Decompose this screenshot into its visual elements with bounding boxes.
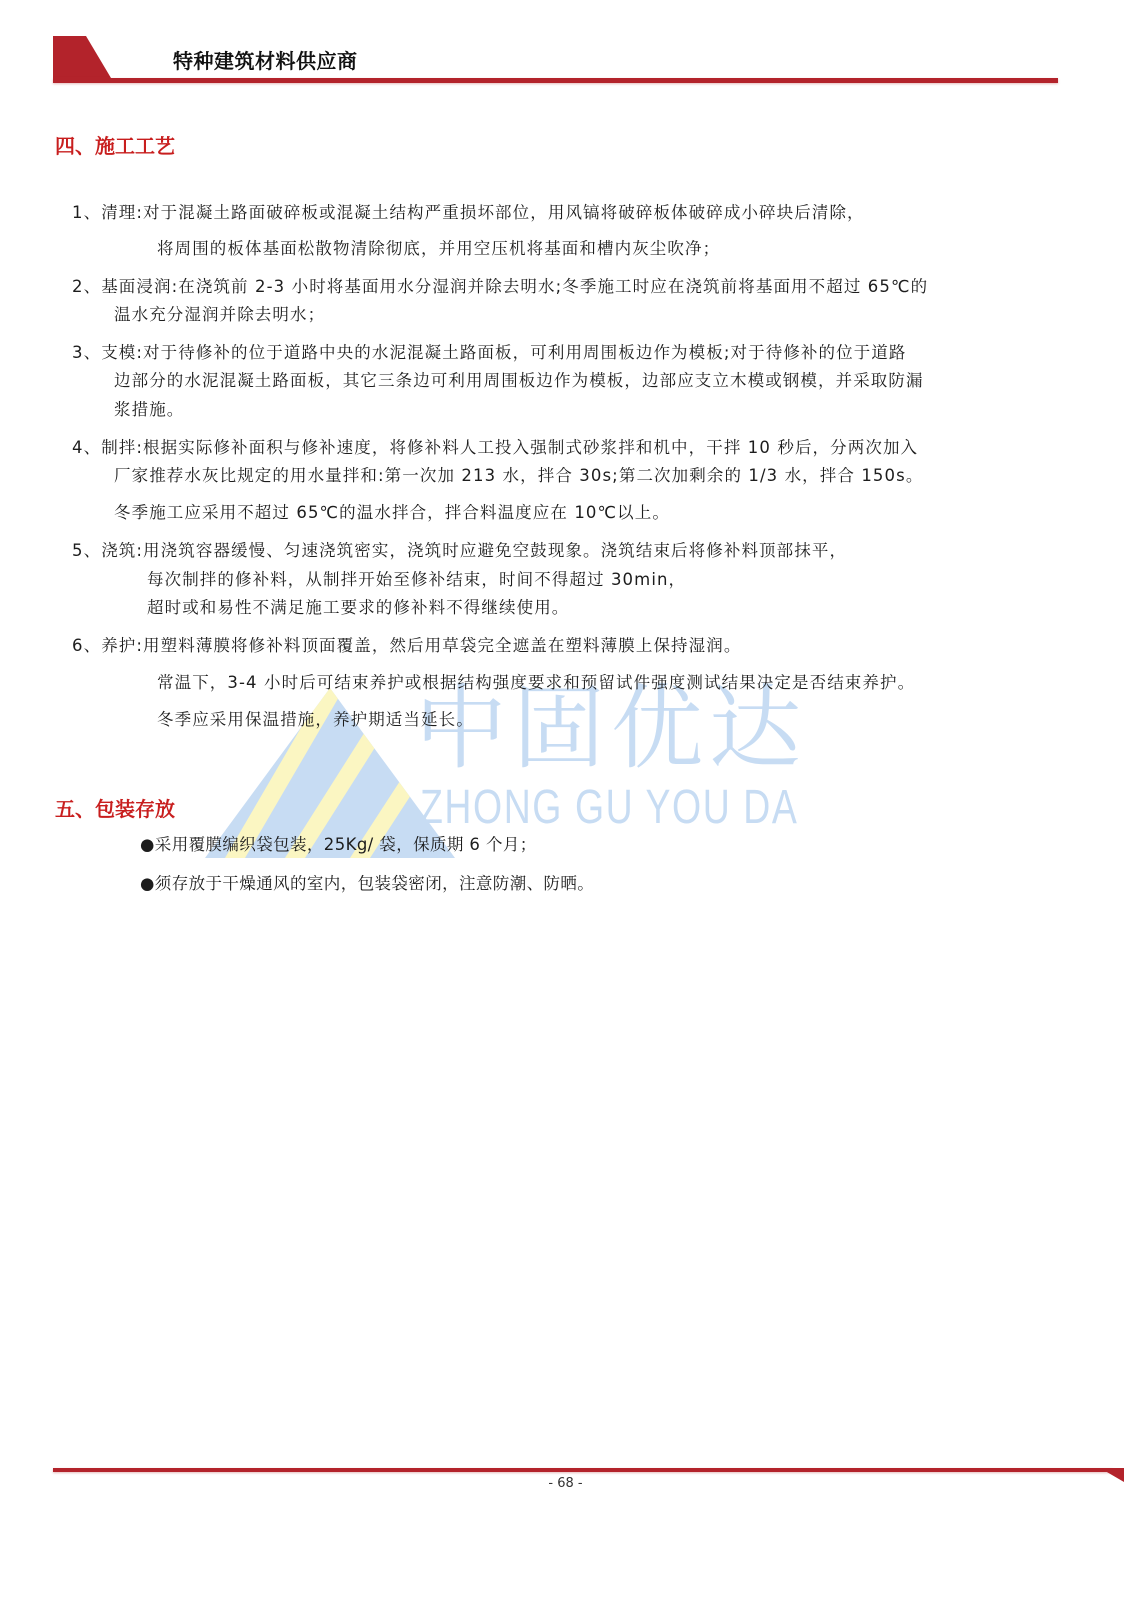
step-6-line-2: 常温下，3-4 小时后可结束养护或根据结构强度要求和预留试件强度测试结果决定是否… xyxy=(157,669,915,693)
header-title: 特种建筑材料供应商 xyxy=(173,45,358,74)
step-5-line-1: 5、浇筑:用浇筑容器缓慢、匀速浇筑密实，浇筑时应避免空鼓现象。浇筑结束后将修补料… xyxy=(72,537,847,561)
step-2-line-1: 2、基面浸润:在浇筑前 2-3 小时将基面用水分湿润并除去明水;冬季施工时应在浇… xyxy=(72,273,928,297)
step-2-line-2: 温水充分湿润并除去明水； xyxy=(114,301,325,325)
watermark-english-text: ZHONG GU YOU DA xyxy=(420,784,798,832)
step-1-line-2: 将周围的板体基面松散物清除彻底，并用空压机将基面和槽内灰尘吹净； xyxy=(157,235,720,259)
footer-divider xyxy=(53,1468,1113,1472)
step-3-line-3: 浆措施。 xyxy=(114,396,184,420)
step-6-line-3: 冬季应采用保温措施，养护期适当延长。 xyxy=(157,706,474,730)
section-title-packaging-storage: 五、包装存放 xyxy=(55,793,175,822)
step-5-line-3: 超时或和易性不满足施工要求的修补料不得继续使用。 xyxy=(147,594,569,618)
step-1-line-1: 1、清理:对于混凝土路面破碎板或混凝土结构严重损坏部位，用风镐将破碎板体破碎成小… xyxy=(72,199,865,223)
header-divider xyxy=(53,78,1058,83)
packaging-bullet-2: ●须存放于干燥通风的室内，包装袋密闭，注意防潮、防晒。 xyxy=(140,870,594,894)
step-3-line-2: 边部分的水泥混凝土路面板，其它三条边可利用周围板边作为模板，边部应支立木模或钢模… xyxy=(114,367,924,391)
step-5-line-2: 每次制拌的修补料，从制拌开始至修补结束，时间不得超过 30min， xyxy=(147,566,686,590)
packaging-bullet-1: ●采用覆膜编织袋包装，25Kg/ 袋，保质期 6 个月； xyxy=(140,831,537,855)
page-number: - 68 - xyxy=(0,1476,1131,1491)
step-4-line-1: 4、制拌:根据实际修补面积与修补速度，将修补料人工投入强制式砂浆拌和机中，干拌 … xyxy=(72,434,918,458)
header-red-tab-shape xyxy=(53,36,111,82)
step-6-line-1: 6、养护:用塑料薄膜将修补料顶面覆盖，然后用草袋完全遮盖在塑料薄膜上保持湿润。 xyxy=(72,632,741,656)
step-4-line-2: 厂家推荐水灰比规定的用水量拌和:第一次加 213 水，拌合 30s;第二次加剩余… xyxy=(114,462,923,486)
section-title-construction-process: 四、施工工艺 xyxy=(55,130,175,159)
step-3-line-1: 3、支模:对于待修补的位于道路中央的水泥混凝土路面板，可利用周围板边作为模板;对… xyxy=(72,339,907,363)
step-4-line-3: 冬季施工应采用不超过 65℃的温水拌合，拌合料温度应在 10℃以上。 xyxy=(114,499,670,523)
